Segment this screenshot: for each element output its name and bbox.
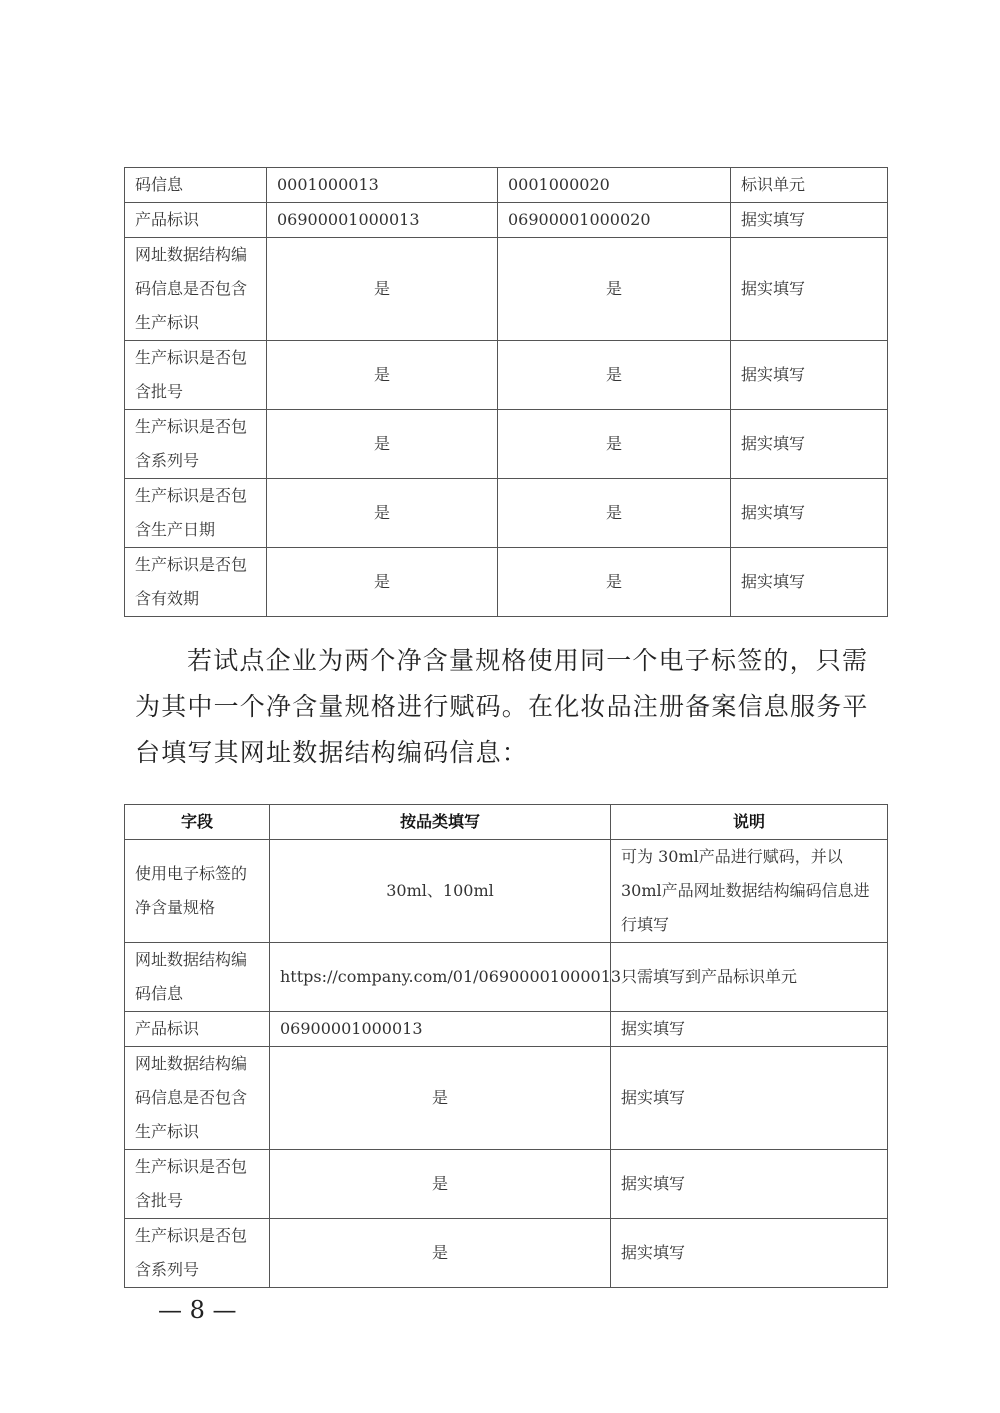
cell-value: 06900001000013 [270,1012,611,1047]
cell-value-a: 06900001000013 [267,203,498,238]
table-row: 网址数据结构编码信息https://company.com/01/0690000… [125,943,888,1012]
table-row: 生产标识是否包含系列号是是据实填写 [125,410,888,479]
table-row: 产品标识0690000100001306900001000020据实填写 [125,203,888,238]
cell-value-a: 是 [267,410,498,479]
table-row: 产品标识06900001000013据实填写 [125,1012,888,1047]
cell-note: 据实填写 [731,341,888,410]
table-row: 码信息00010000130001000020标识单元 [125,168,888,203]
cell-value-b: 是 [498,410,731,479]
cell-note: 可为 30ml产品进行赋码，并以30ml产品网址数据结构编码信息进行填写 [611,840,888,943]
cell-note: 据实填写 [611,1219,888,1288]
header-value: 按品类填写 [270,805,611,840]
cell-note: 只需填写到产品标识单元 [611,943,888,1012]
cell-field: 生产标识是否包含生产日期 [125,479,267,548]
cell-value-a: 是 [267,238,498,341]
cell-value: 是 [270,1150,611,1219]
cell-value-a: 0001000013 [267,168,498,203]
paragraph-text: 若试点企业为两个净含量规格使用同一个电子标签的，只需为其中一个净含量规格进行赋码… [135,638,890,776]
cell-note: 据实填写 [611,1150,888,1219]
cell-value-b: 0001000020 [498,168,731,203]
table-row: 生产标识是否包含批号是据实填写 [125,1150,888,1219]
table-row: 生产标识是否包含系列号是据实填写 [125,1219,888,1288]
table-row: 网址数据结构编码信息是否包含生产标识是是据实填写 [125,238,888,341]
body-paragraph: 若试点企业为两个净含量规格使用同一个电子标签的，只需为其中一个净含量规格进行赋码… [135,638,890,776]
cell-note: 据实填写 [731,203,888,238]
table-header-row: 字段 按品类填写 说明 [125,805,888,840]
cell-value-b: 是 [498,238,731,341]
table-row: 生产标识是否包含有效期是是据实填写 [125,548,888,617]
cell-field: 码信息 [125,168,267,203]
cell-field: 生产标识是否包含系列号 [125,1219,270,1288]
cell-field: 网址数据结构编码信息是否包含生产标识 [125,238,267,341]
cell-value: 30ml、100ml [270,840,611,943]
header-note: 说明 [611,805,888,840]
cell-field: 网址数据结构编码信息 [125,943,270,1012]
cell-field: 生产标识是否包含批号 [125,1150,270,1219]
cell-note: 据实填写 [731,238,888,341]
cell-value-b: 06900001000020 [498,203,731,238]
cell-field: 产品标识 [125,1012,270,1047]
table-coding-info: 字段 按品类填写 说明 使用电子标签的净含量规格30ml、100ml可为 30m… [124,804,888,1288]
cell-field: 使用电子标签的净含量规格 [125,840,270,943]
cell-field: 生产标识是否包含系列号 [125,410,267,479]
cell-value-a: 是 [267,479,498,548]
table-row: 使用电子标签的净含量规格30ml、100ml可为 30ml产品进行赋码，并以30… [125,840,888,943]
cell-value-b: 是 [498,341,731,410]
cell-field: 生产标识是否包含有效期 [125,548,267,617]
cell-note: 标识单元 [731,168,888,203]
cell-note: 据实填写 [611,1047,888,1150]
table-row: 网址数据结构编码信息是否包含生产标识是据实填写 [125,1047,888,1150]
cell-field: 产品标识 [125,203,267,238]
table-row: 生产标识是否包含批号是是据实填写 [125,341,888,410]
cell-value: 是 [270,1047,611,1150]
header-field: 字段 [125,805,270,840]
cell-value: 是 [270,1219,611,1288]
cell-note: 据实填写 [611,1012,888,1047]
table-continued: 码信息00010000130001000020标识单元产品标识069000010… [124,167,888,617]
page-number: — 8 — [158,1296,237,1324]
cell-note: 据实填写 [731,479,888,548]
cell-value: https://company.com/01/06900001000013 [270,943,611,1012]
cell-value-a: 是 [267,341,498,410]
cell-value-b: 是 [498,548,731,617]
cell-field: 生产标识是否包含批号 [125,341,267,410]
cell-note: 据实填写 [731,410,888,479]
cell-value-b: 是 [498,479,731,548]
cell-field: 网址数据结构编码信息是否包含生产标识 [125,1047,270,1150]
cell-value-a: 是 [267,548,498,617]
table-row: 生产标识是否包含生产日期是是据实填写 [125,479,888,548]
cell-note: 据实填写 [731,548,888,617]
